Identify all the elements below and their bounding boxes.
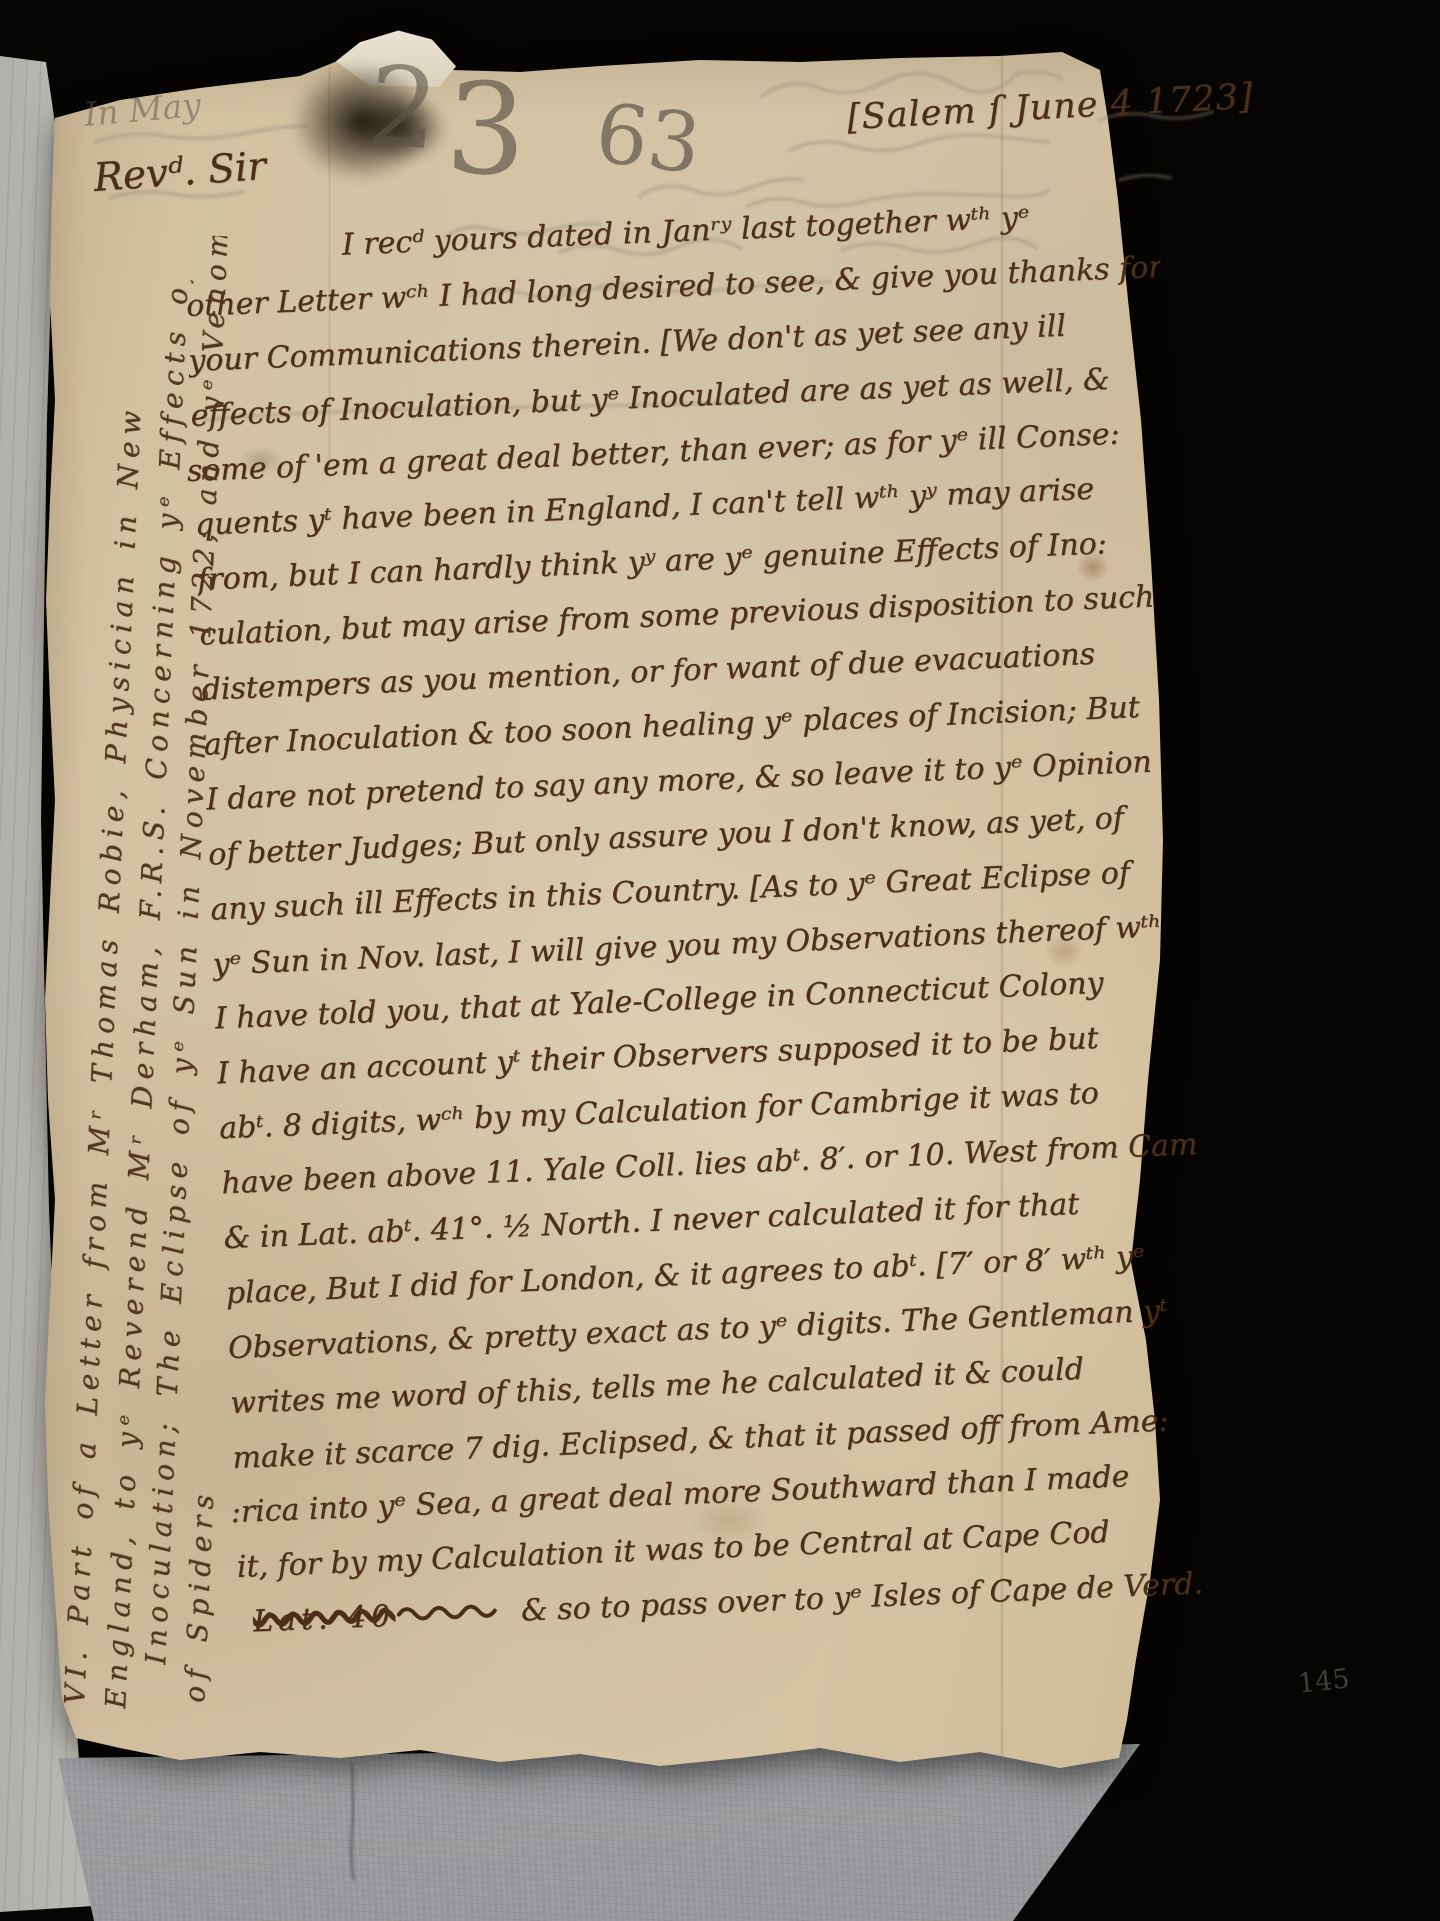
margin-caption-line: of Spiders — [178, 1402, 224, 1703]
margin-caption: VI. Part of a Letter from Mʳ Thomas Robi… — [0, 0, 1440, 1921]
manuscript-photo: In May 2 3 63 145 [Salem ſ June 4 1723] … — [0, 0, 1440, 1921]
